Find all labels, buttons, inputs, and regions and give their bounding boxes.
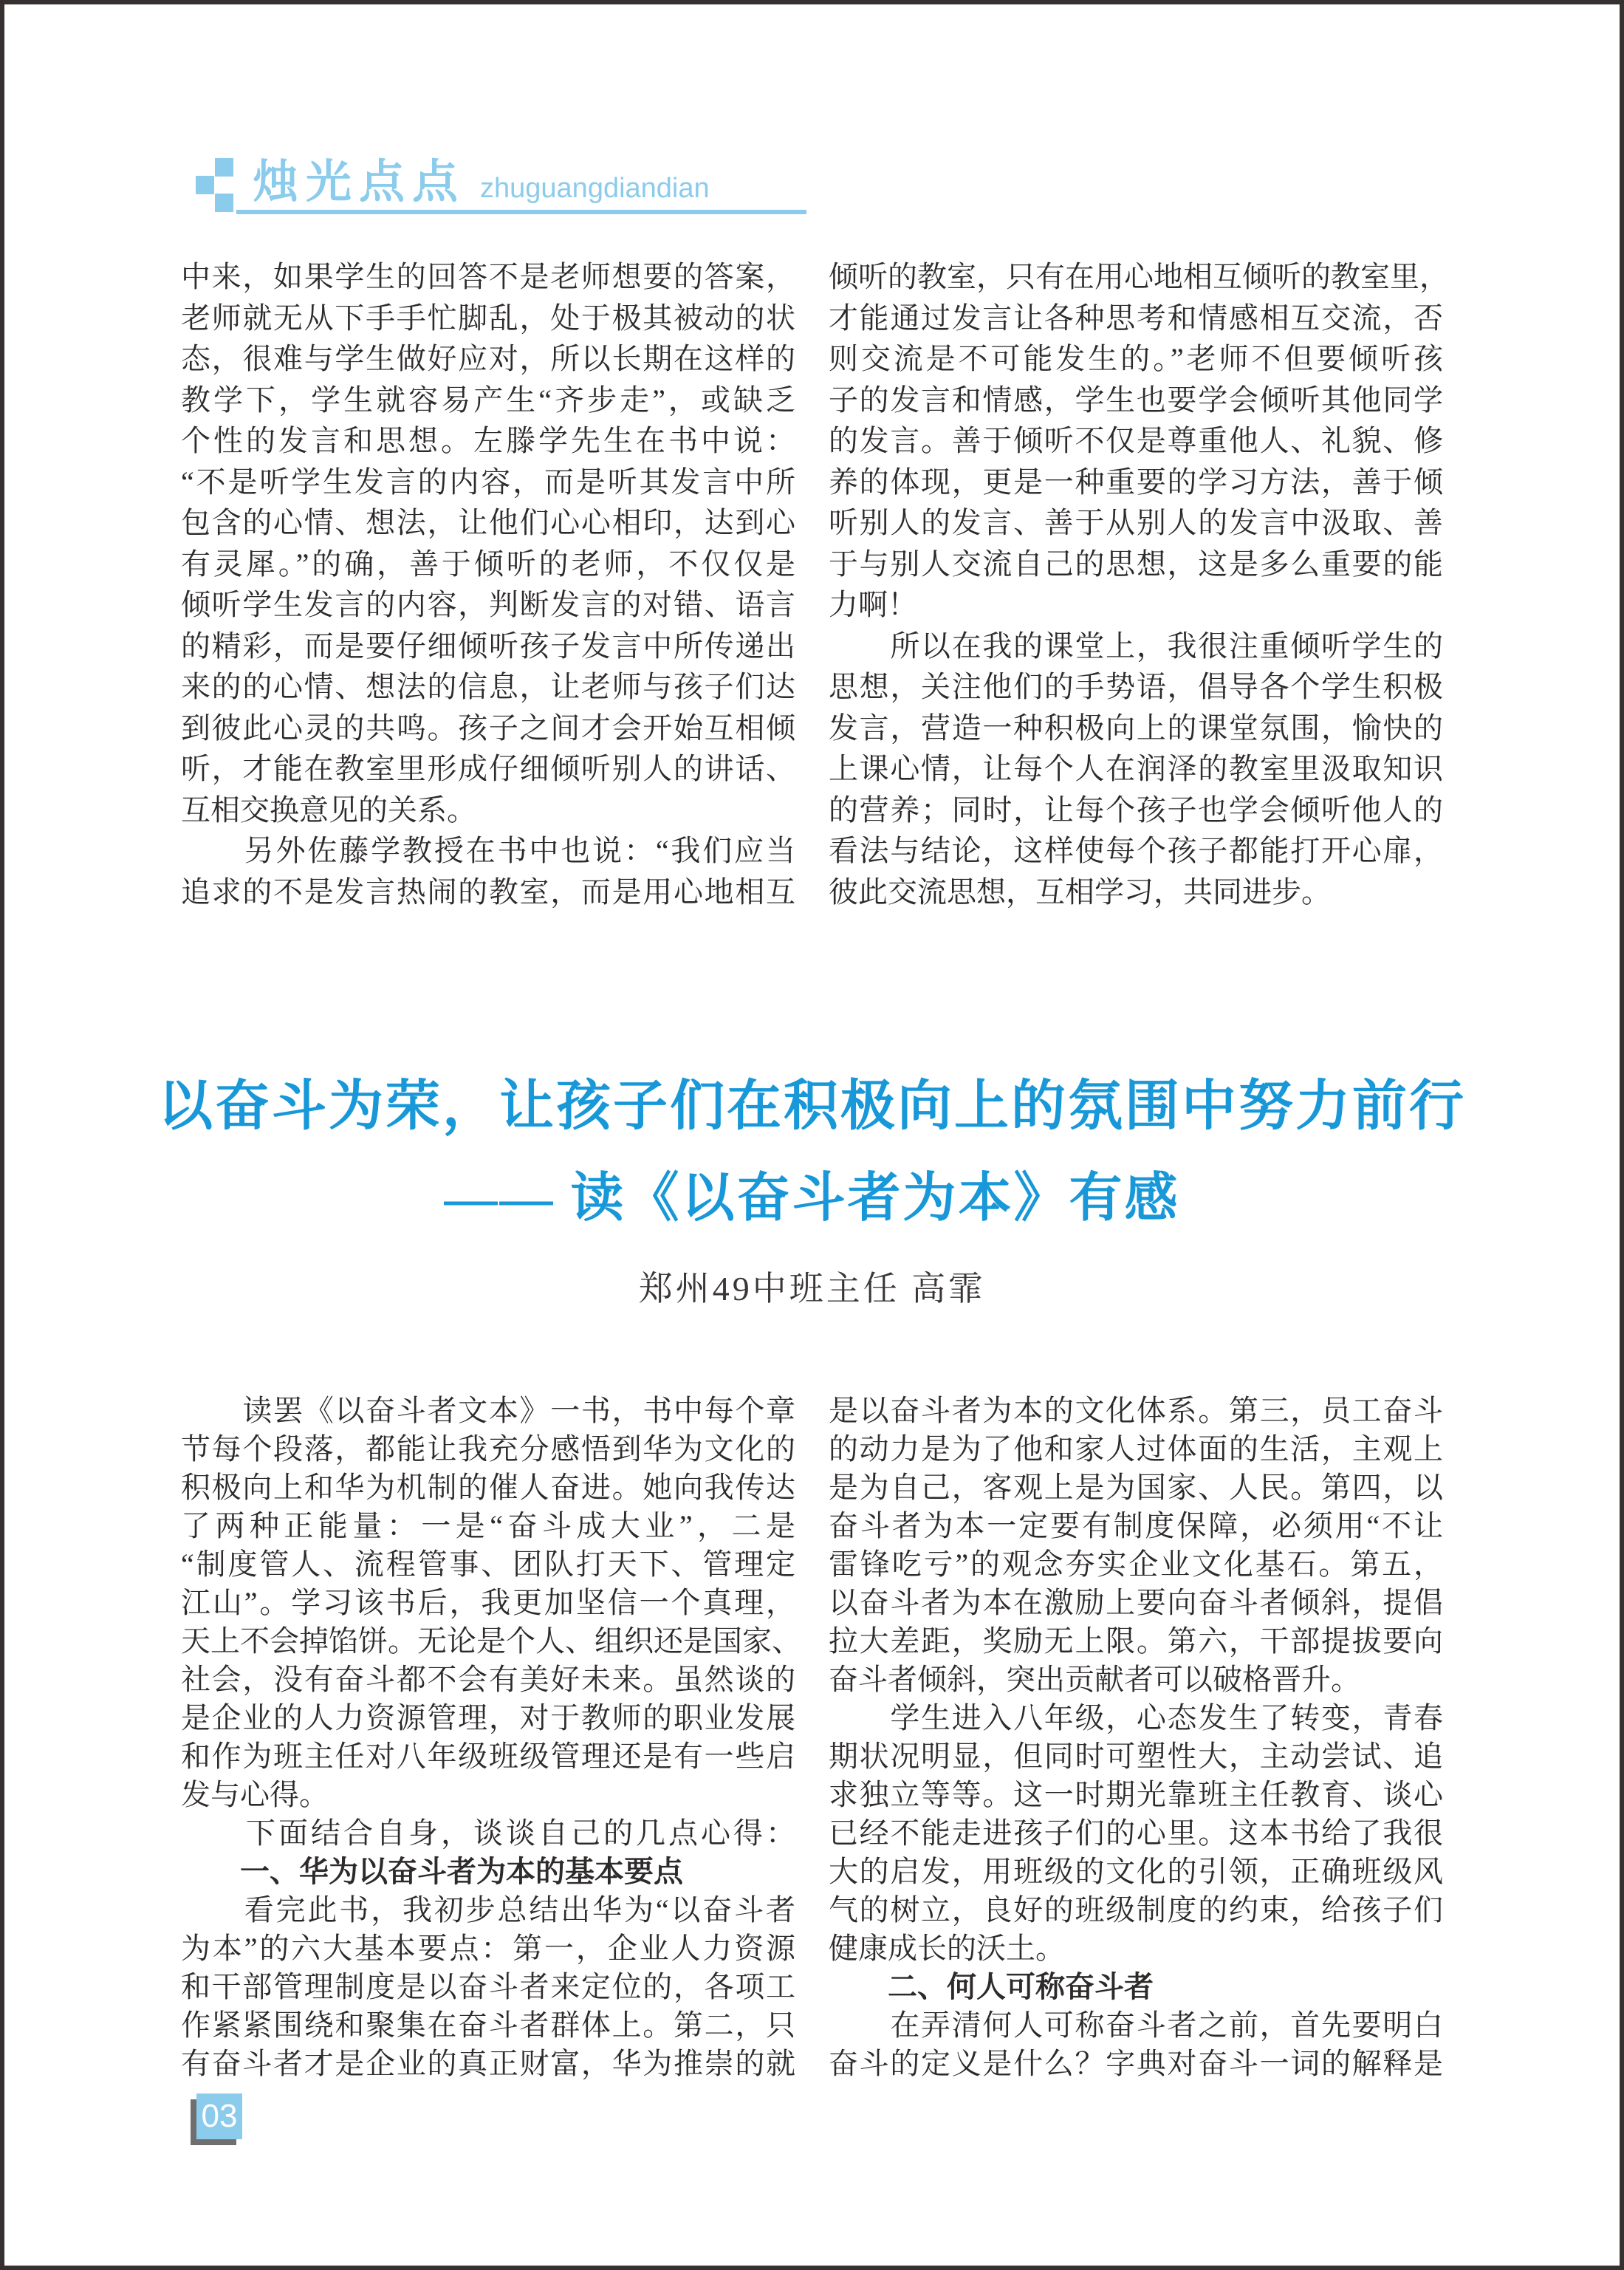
text-line: 的发言。善于倾听不仅是尊重他人、礼貌、修 [829, 420, 1443, 462]
text-line: 江山”。学习该书后，我更加坚信一个真理， [181, 1584, 795, 1622]
text-line: 和作为班主任对八年级班级管理还是有一些启 [181, 1737, 795, 1776]
text-line: 积极向上和华为机制的催人奋进。她向我传达 [181, 1469, 795, 1507]
feature-article-title-line-1: 以奋斗为荣，让孩子们在积极向上的氛围中努力前行 [89, 1070, 1535, 1143]
logo-square-middle [196, 176, 214, 194]
text-line: 于与别人交流自己的思想，这是多么重要的能 [829, 544, 1443, 585]
text-line: 和干部管理制度是以奋斗者来定位的，各项工 [181, 1968, 795, 2006]
top-article-right-column: 倾听的教室，只有在用心地相互倾听的教室里，才能通过发言让各种思考和情感相互交流，… [829, 256, 1443, 912]
text-line: 养的体现，更是一种重要的学习方法，善于倾 [829, 462, 1443, 503]
text-line: 的精彩，而是要仔细倾听孩子发言中所传递出 [181, 626, 795, 667]
text-line: 倾听的教室，只有在用心地相互倾听的教室里， [829, 256, 1443, 298]
text-line: 健康成长的沃土。 [829, 1929, 1443, 1968]
top-article-left-column: 中来，如果学生的回答不是老师想要的答案，老师就无从下手手忙脚乱，处于极其被动的状… [181, 256, 795, 912]
masthead-divider [236, 210, 806, 214]
text-line: 节每个段落，都能让我充分感悟到华为文化的 [181, 1430, 795, 1469]
text-line: 大的启发，用班级的文化的引领，正确班级风 [829, 1853, 1443, 1891]
bottom-article-right-column: 是以奋斗者为本的文化体系。第三，员工奋斗的动力是为了他和家人过体面的生活，主观上… [829, 1392, 1443, 2083]
text-line: 天上不会掉馅饼。无论是个人、组织还是国家、 [181, 1622, 795, 1661]
text-line: 才能通过发言让各种思考和情感相互交流，否 [829, 298, 1443, 339]
text-line: 有奋斗者才是企业的真正财富，华为推崇的就 [181, 2045, 795, 2083]
text-line: 已经不能走进孩子们的心里。这本书给了我很 [829, 1814, 1443, 1853]
text-line: 则交流是不可能发生的。”老师不但要倾听孩 [829, 338, 1443, 380]
text-line: 期状况明显，但同时可塑性大，主动尝试、追 [829, 1737, 1443, 1776]
text-line: 下面结合自身，谈谈自己的几点心得： [181, 1814, 795, 1853]
text-line: 的营养；同时，让每个孩子也学会倾听他人的 [829, 790, 1443, 831]
squares-logo-icon [196, 158, 234, 211]
text-line: 子的发言和情感，学生也要学会倾听其他同学 [829, 380, 1443, 421]
text-line: 读罢《以奋斗者文本》一书，书中每个章 [181, 1392, 795, 1430]
text-line: 老师就无从下手手忙脚乱，处于极其被动的状 [181, 298, 795, 339]
logo-square-top [215, 158, 233, 177]
text-line: 到彼此心灵的共鸣。孩子之间才会开始互相倾 [181, 708, 795, 749]
text-line: 是以奋斗者为本的文化体系。第三，员工奋斗 [829, 1392, 1443, 1430]
text-line: 奋斗的定义是什么？字典对奋斗一词的解释是 [829, 2045, 1443, 2083]
text-line: 思想，关注他们的手势语，倡导各个学生积极 [829, 666, 1443, 708]
text-line: 追求的不是发言热闹的教室，而是用心地相互 [181, 872, 795, 913]
text-line: 学生进入八年级，心态发生了转变，青春 [829, 1699, 1443, 1737]
text-line: 个性的发言和思想。左滕学先生在书中说： [181, 420, 795, 462]
text-line: 互相交换意见的关系。 [181, 790, 795, 831]
text-line: 了两种正能量：一是“奋斗成大业”，二是 [181, 1507, 795, 1545]
text-line: 奋斗者为本一定要有制度保障，必须用“不让 [829, 1507, 1443, 1545]
masthead-pinyin: zhuguangdiandian [480, 173, 710, 205]
text-line: 来的的心情、想法的信息，让老师与孩子们达 [181, 666, 795, 708]
text-line: 在弄清何人可称奋斗者之前，首先要明白 [829, 2006, 1443, 2045]
text-line: 是为自己，客观上是为国家、人民。第四，以 [829, 1469, 1443, 1507]
text-line: 是企业的人力资源管理，对于教师的职业发展 [181, 1699, 795, 1737]
text-line: 气的树立，良好的班级制度的约束，给孩子们 [829, 1891, 1443, 1929]
text-line: 教学下，学生就容易产生“齐步走”，或缺乏 [181, 380, 795, 421]
text-line: 所以在我的课堂上，我很注重倾听学生的 [829, 626, 1443, 667]
text-line: “制度管人、流程管事、团队打天下、管理定 [181, 1545, 795, 1584]
text-line: 有灵犀。”的确，善于倾听的老师，不仅仅是 [181, 544, 795, 585]
text-line: 倾听学生发言的内容，判断发言的对错、语言 [181, 584, 795, 626]
text-line: 力啊！ [829, 584, 1443, 626]
text-line: 中来，如果学生的回答不是老师想要的答案， [181, 256, 795, 298]
text-line: 以奋斗者为本在激励上要向奋斗者倾斜，提倡 [829, 1584, 1443, 1622]
text-line: 的动力是为了他和家人过体面的生活，主观上 [829, 1430, 1443, 1469]
text-line: 一、华为以奋斗者为本的基本要点 [181, 1853, 795, 1891]
masthead-title: 烛光点点 [253, 155, 465, 210]
text-line: 雷锋吃亏”的观念夯实企业文化基石。第五， [829, 1545, 1443, 1584]
text-line: 态，很难与学生做好应对，所以长期在这样的 [181, 338, 795, 380]
text-line: 社会，没有奋斗都不会有美好未来。虽然谈的 [181, 1661, 795, 1699]
text-line: 上课心情，让每个人在润泽的教室里汲取知识 [829, 748, 1443, 790]
text-line: 看完此书，我初步总结出华为“以奋斗者 [181, 1891, 795, 1929]
feature-article-author: 郑州49中班主任 高霏 [89, 1262, 1535, 1310]
logo-square-bottom [215, 194, 233, 212]
feature-article-title-line-2: —— 读《以奋斗者为本》有感 [89, 1161, 1535, 1235]
text-line: 拉大差距，奖励无上限。第六，干部提拔要向 [829, 1622, 1443, 1661]
text-line: 奋斗者倾斜，突出贡献者可以破格晋升。 [829, 1661, 1443, 1699]
masthead: 烛光点点 zhuguangdiandian [253, 155, 710, 210]
text-line: 另外佐藤学教授在书中也说：“我们应当 [181, 830, 795, 872]
text-line: “不是听学生发言的内容，而是听其发言中所 [181, 462, 795, 503]
page-number-label: 03 [202, 2098, 238, 2135]
text-line: 彼此交流思想，互相学习，共同进步。 [829, 872, 1443, 913]
text-line: 听别人的发言、善于从别人的发言中汲取、善 [829, 502, 1443, 544]
text-line: 作紧紧围绕和聚集在奋斗者群体上。第二，只 [181, 2006, 795, 2045]
text-line: 包含的心情、想法，让他们心心相印，达到心 [181, 502, 795, 544]
page-number-badge: 03 [196, 2093, 242, 2139]
text-line: 二、何人可称奋斗者 [829, 1968, 1443, 2006]
text-line: 求独立等等。这一时期光靠班主任教育、谈心 [829, 1776, 1443, 1814]
text-line: 听，才能在教室里形成仔细倾听别人的讲话、 [181, 748, 795, 790]
bottom-article-left-column: 读罢《以奋斗者文本》一书，书中每个章节每个段落，都能让我充分感悟到华为文化的积极… [181, 1392, 795, 2083]
text-line: 看法与结论，这样使每个孩子都能打开心扉， [829, 830, 1443, 872]
text-line: 为本”的六大基本要点：第一，企业人力资源 [181, 1929, 795, 1968]
text-line: 发与心得。 [181, 1776, 795, 1814]
text-line: 发言，营造一种积极向上的课堂氛围，愉快的 [829, 708, 1443, 749]
